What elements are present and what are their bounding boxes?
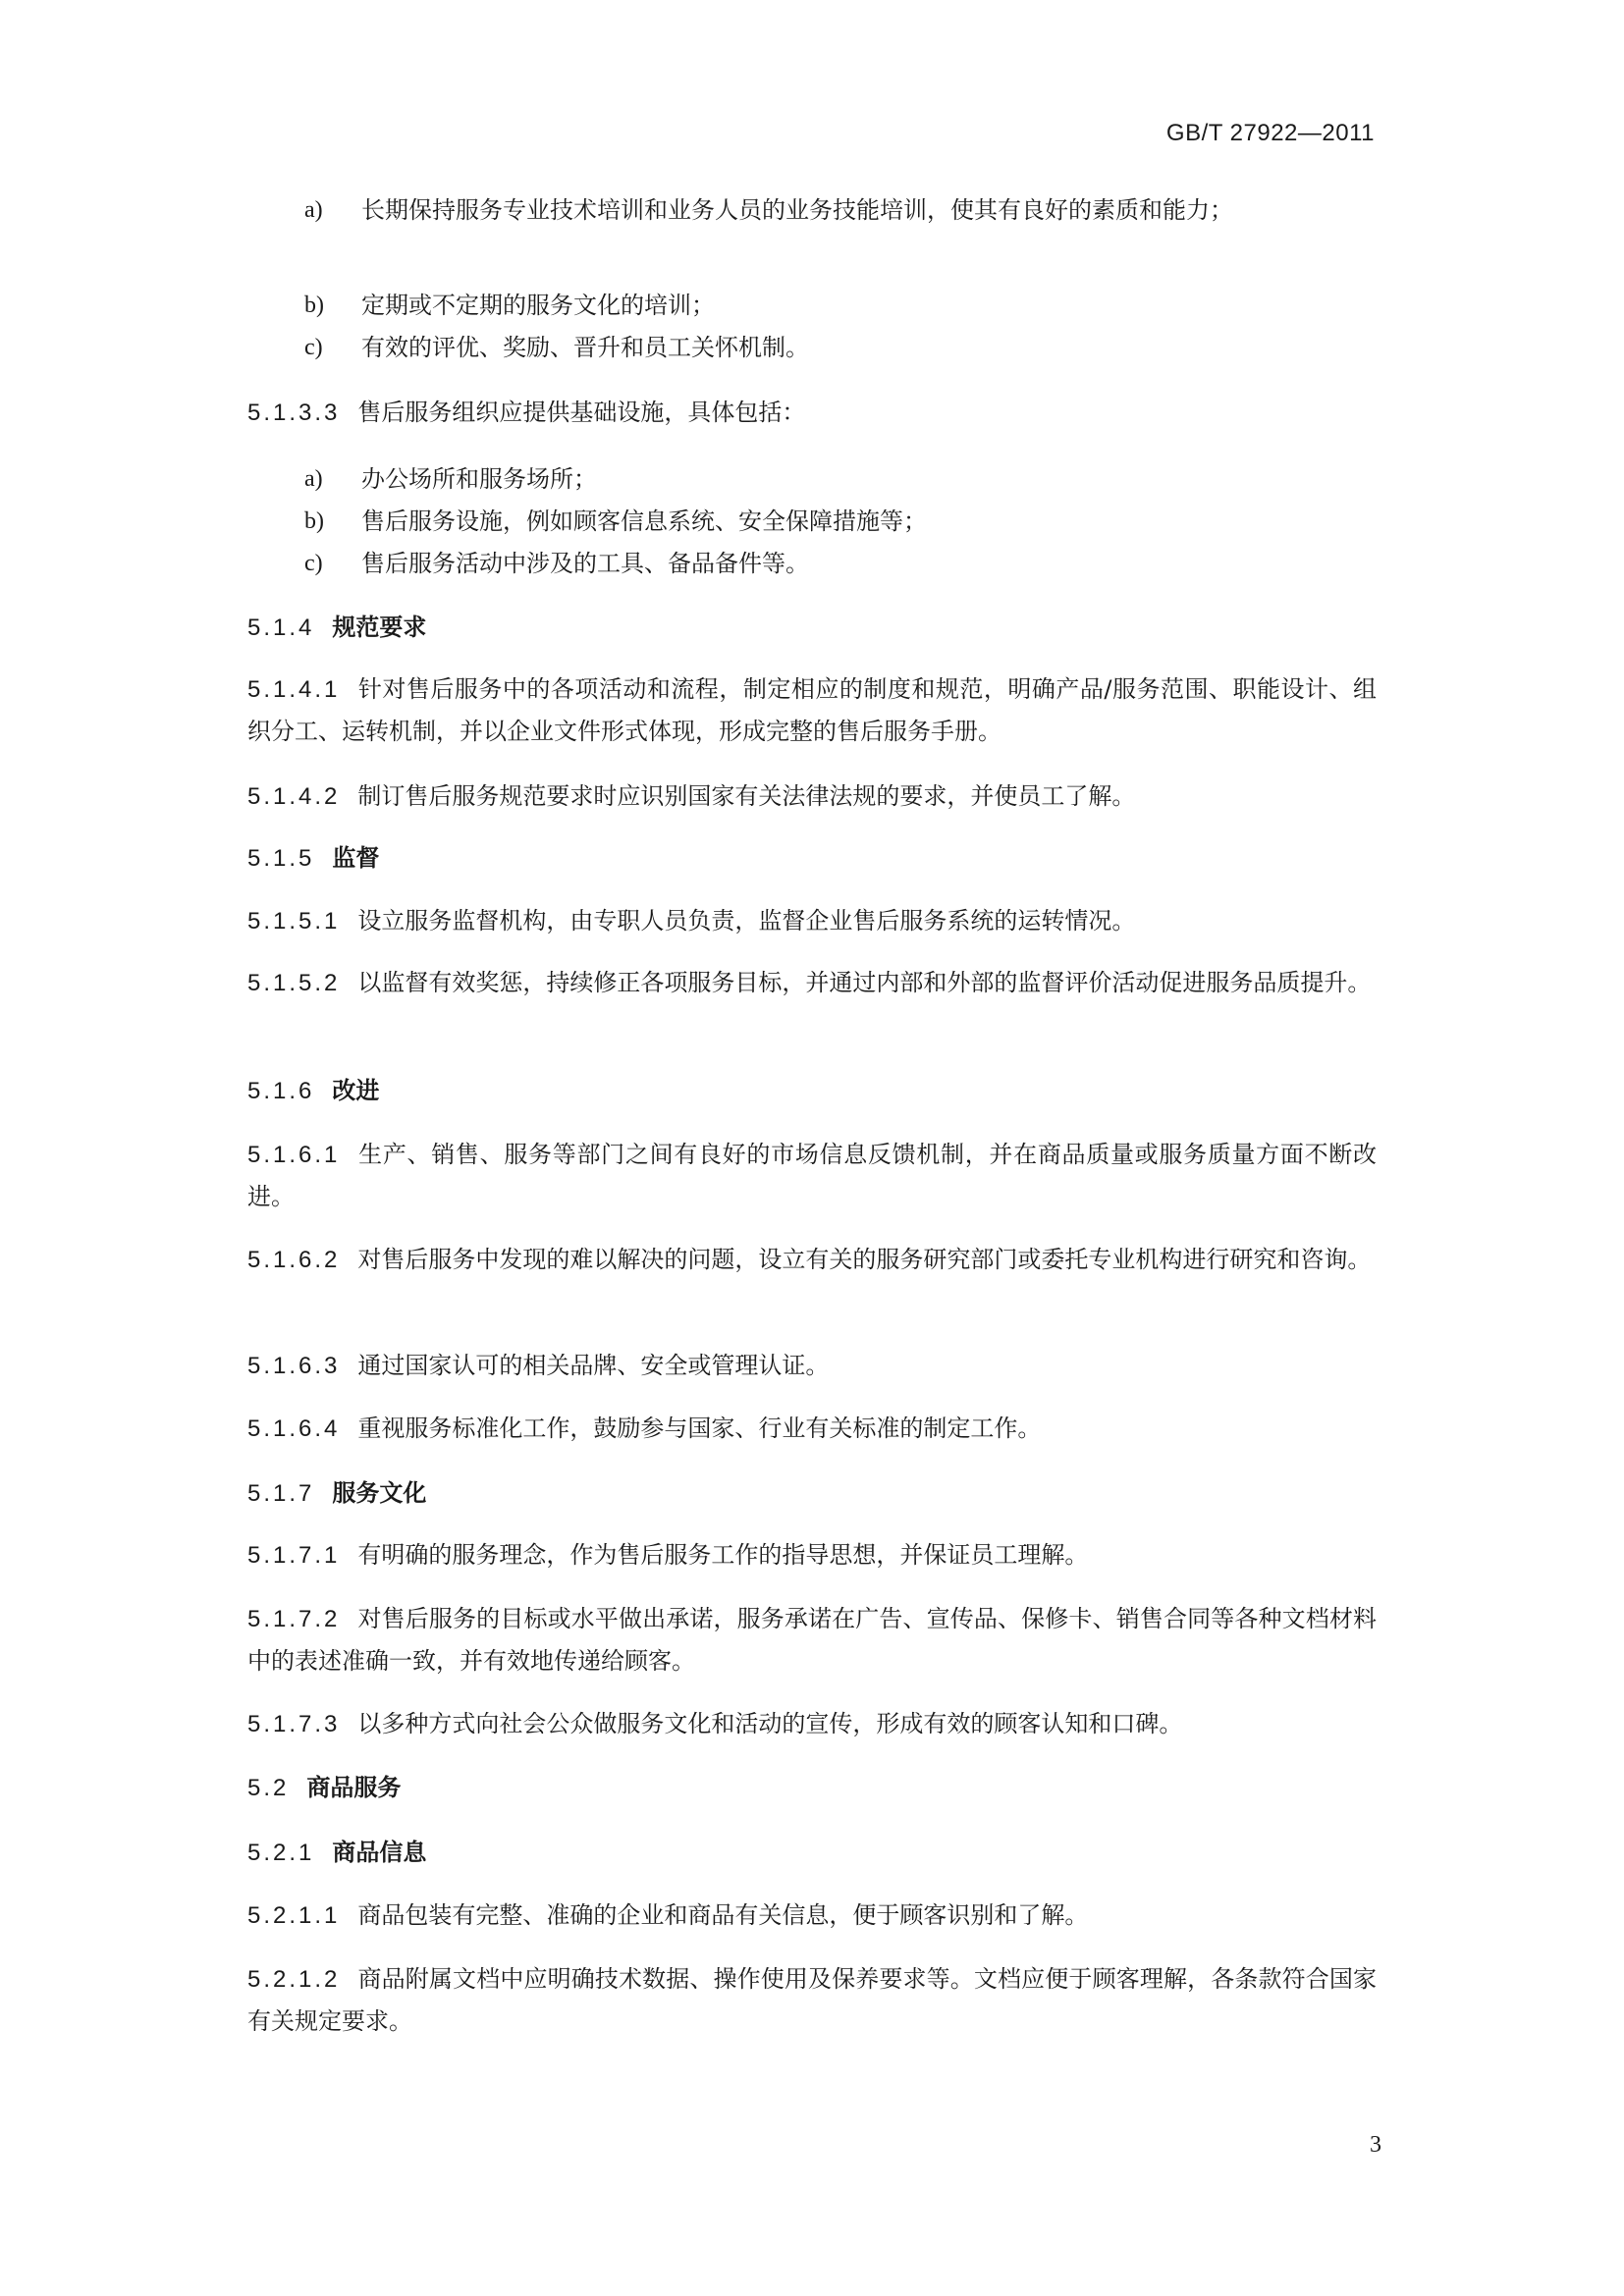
clause-number: 5.1.6.3 [247,1345,340,1387]
clause-5-1-4-1: 5.1.4.1针对售后服务中的各项活动和流程，制定相应的制度和规范，明确产品/服… [247,668,1377,753]
heading-title: 规范要求 [332,614,426,641]
clause-number: 5.1.6.4 [247,1408,340,1450]
list-item: c) 售后服务活动中涉及的工具、备品备件等。 [304,543,1377,585]
clause-5-1-5-1: 5.1.5.1设立服务监督机构，由专职人员负责，监督企业售后服务系统的运转情况。 [247,900,1377,942]
heading-5-2-1: 5.2.1商品信息 [247,1832,1377,1874]
list-text: 办公场所和服务场所； [361,458,1377,501]
clause-number: 5.1.6.1 [247,1134,340,1176]
clause-5-1-4-2: 5.1.4.2制订售后服务规范要求时应识别国家有关法律法规的要求，并使员工了解。 [247,775,1377,818]
clause-text: 对售后服务的目标或水平做出承诺，服务承诺在广告、宣传品、保修卡、销售合同等各种文… [247,1605,1377,1675]
heading-5-2: 5.2商品服务 [247,1767,1377,1809]
clause-number: 5.2.1.1 [247,1895,340,1937]
clause-5-1-7-2: 5.1.7.2对售后服务的目标或水平做出承诺，服务承诺在广告、宣传品、保修卡、销… [247,1598,1377,1682]
list-letter: c) [304,327,353,369]
list-item: b) 售后服务设施，例如顾客信息系统、安全保障措施等； [304,501,1377,543]
clause-text: 针对售后服务中的各项活动和流程，制定相应的制度和规范，明确产品/服务范围、职能设… [247,675,1377,745]
list-letter: c) [304,543,353,585]
clause-text: 重视服务标准化工作，鼓励参与国家、行业有关标准的制定工作。 [357,1415,1041,1442]
list-letter: a) [304,458,353,501]
list-letter: b) [304,285,353,327]
clause-number: 5.1.4.2 [247,775,340,818]
list-item: b) 定期或不定期的服务文化的培训； [304,285,1377,327]
heading-number: 5.1.7 [247,1472,314,1515]
clause-text: 以监督有效奖惩，持续修正各项服务目标，并通过内部和外部的监督评价活动促进服务品质… [357,969,1371,996]
heading-5-1-5: 5.1.5监督 [247,837,1377,880]
heading-5-1-7: 5.1.7服务文化 [247,1472,1377,1515]
standard-code: GB/T 27922—2011 [1166,120,1375,147]
list-letter: b) [304,501,353,543]
heading-number: 5.1.5 [247,837,314,880]
clause-5-2-1-2: 5.2.1.2商品附属文档中应明确技术数据、操作使用及保养要求等。文档应便于顾客… [247,1958,1377,2043]
list-text: 长期保持服务专业技术培训和业务人员的业务技能培训，使其有良好的素质和能力； [361,189,1377,232]
list-item: a) 长期保持服务专业技术培训和业务人员的业务技能培训，使其有良好的素质和能力； [304,189,1377,232]
list-item: c) 有效的评优、奖励、晋升和员工关怀机制。 [304,327,1377,369]
clause-text: 生产、销售、服务等部门之间有良好的市场信息反馈机制，并在商品质量或服务质量方面不… [247,1141,1377,1210]
heading-number: 5.2.1 [247,1832,314,1874]
clause-text: 商品附属文档中应明确技术数据、操作使用及保养要求等。文档应便于顾客理解，各条款符… [247,1965,1377,2035]
clause-5-1-5-2: 5.1.5.2以监督有效奖惩，持续修正各项服务目标，并通过内部和外部的监督评价活… [247,962,1377,1004]
clause-text: 以多种方式向社会公众做服务文化和活动的宣传，形成有效的顾客认知和口碑。 [357,1710,1182,1737]
heading-5-1-6: 5.1.6改进 [247,1070,1377,1112]
clause-5-1-6-3: 5.1.6.3通过国家认可的相关品牌、安全或管理认证。 [247,1345,1377,1387]
heading-number: 5.1.6 [247,1070,314,1112]
list-text: 售后服务活动中涉及的工具、备品备件等。 [361,543,1377,585]
clause-5-1-3-3: 5.1.3.3售后服务组织应提供基础设施，具体包括： [247,392,1377,434]
clause-text: 商品包装有完整、准确的企业和商品有关信息，便于顾客识别和了解。 [357,1901,1088,1929]
heading-number: 5.2 [247,1767,289,1809]
clause-number: 5.1.5.1 [247,900,340,942]
clause-5-1-6-2: 5.1.6.2对售后服务中发现的难以解决的问题，设立有关的服务研究部门或委托专业… [247,1239,1377,1281]
clause-number: 5.1.7.1 [247,1534,340,1576]
clause-number: 5.1.7.2 [247,1598,340,1640]
list-letter: a) [304,189,353,232]
clause-5-1-7-1: 5.1.7.1有明确的服务理念，作为售后服务工作的指导思想，并保证员工理解。 [247,1534,1377,1576]
clause-text: 对售后服务中发现的难以解决的问题，设立有关的服务研究部门或委托专业机构进行研究和… [357,1246,1371,1273]
heading-5-1-4: 5.1.4规范要求 [247,607,1377,649]
clause-5-1-6-1: 5.1.6.1生产、销售、服务等部门之间有良好的市场信息反馈机制，并在商品质量或… [247,1134,1377,1218]
heading-title: 监督 [332,844,379,872]
clause-text: 有明确的服务理念，作为售后服务工作的指导思想，并保证员工理解。 [357,1541,1088,1569]
clause-5-1-6-4: 5.1.6.4重视服务标准化工作，鼓励参与国家、行业有关标准的制定工作。 [247,1408,1377,1450]
clause-number: 5.1.6.2 [247,1239,340,1281]
clause-text: 通过国家认可的相关品牌、安全或管理认证。 [357,1352,829,1379]
clause-number: 5.1.4.1 [247,668,340,711]
clause-5-1-7-3: 5.1.7.3以多种方式向社会公众做服务文化和活动的宣传，形成有效的顾客认知和口… [247,1703,1377,1745]
clause-text: 设立服务监督机构，由专职人员负责，监督企业售后服务系统的运转情况。 [357,907,1135,934]
heading-title: 改进 [332,1077,379,1104]
clause-text: 售后服务组织应提供基础设施，具体包括： [357,399,805,426]
clause-number: 5.1.3.3 [247,392,340,434]
clause-number: 5.1.5.2 [247,962,340,1004]
heading-title: 商品服务 [306,1774,401,1801]
heading-title: 服务文化 [332,1479,426,1507]
list-text: 有效的评优、奖励、晋升和员工关怀机制。 [361,327,1377,369]
document-page: GB/T 27922—2011 a) 长期保持服务专业技术培训和业务人员的业务技… [0,0,1624,2296]
list-text: 售后服务设施，例如顾客信息系统、安全保障措施等； [361,501,1377,543]
heading-title: 商品信息 [332,1839,426,1866]
heading-number: 5.1.4 [247,607,314,649]
list-item: a) 办公场所和服务场所； [304,458,1377,501]
clause-5-2-1-1: 5.2.1.1商品包装有完整、准确的企业和商品有关信息，便于顾客识别和了解。 [247,1895,1377,1937]
list-text: 定期或不定期的服务文化的培训； [361,285,1377,327]
clause-number: 5.2.1.2 [247,1958,340,2001]
page-number: 3 [1370,2132,1381,2159]
clause-number: 5.1.7.3 [247,1703,340,1745]
clause-text: 制订售后服务规范要求时应识别国家有关法律法规的要求，并使员工了解。 [357,782,1135,810]
